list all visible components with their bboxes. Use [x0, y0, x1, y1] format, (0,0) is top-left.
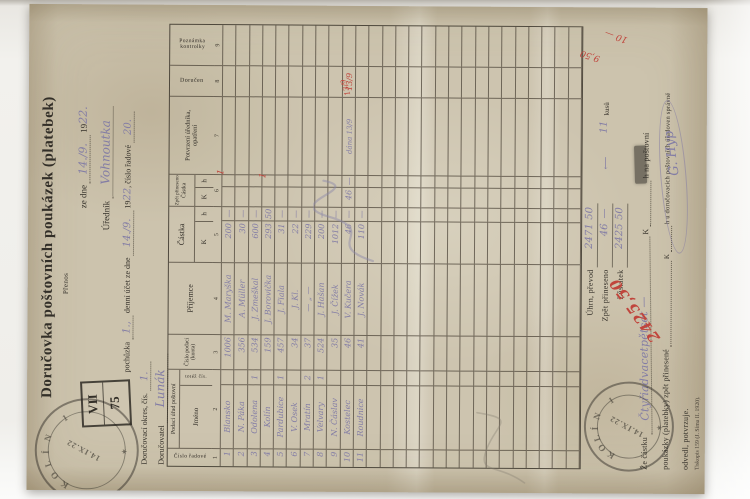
- cell-n: 11: [356, 452, 365, 462]
- cell-jmeno: N. Páka: [236, 401, 245, 432]
- totals-k: 46: [599, 223, 610, 265]
- column-number: 2: [212, 369, 221, 448]
- totals-label: Úhrn, převod: [586, 269, 595, 315]
- cell-podaci: 37: [303, 338, 312, 348]
- pencil-scribble-margin: [455, 407, 539, 490]
- official-name-handwritten: Vohnoutka: [98, 106, 114, 199]
- cell-h: —: [238, 210, 247, 218]
- cell-prijemce: V. Kučera: [344, 280, 353, 318]
- cell-prijemce: A. Müller: [237, 280, 246, 318]
- header-castka-k: K: [195, 221, 213, 262]
- cell-podaci: 35: [330, 338, 339, 348]
- cell-podaci: 534: [250, 337, 259, 352]
- cell-k: 22: [291, 224, 300, 234]
- round-account-line: pochůzka 1., denní účet ze dne 14./9. 19…: [121, 111, 134, 373]
- cell-k: 200: [224, 223, 233, 238]
- column-number: 4: [212, 262, 221, 334]
- postmark-letter: Í: [41, 450, 51, 454]
- cell-jmeno: Velvary: [316, 402, 325, 432]
- form-rotated-content: Doručovka poštovních poukázek (platebek)…: [27, 4, 708, 494]
- totals-h: 50: [614, 206, 625, 222]
- totals-k: 2425: [614, 224, 625, 266]
- header-cislo-podaci: Číslo podací (konta): [168, 334, 212, 369]
- footer-line-3: odvedl, potvrzuje.: [681, 408, 690, 470]
- official-line: Úředník Vohnoutka: [98, 106, 113, 230]
- totals-pieces: 11: [599, 121, 610, 134]
- cell-podaci: 1006: [224, 337, 233, 357]
- cell-h: 50: [264, 209, 273, 219]
- cell-prijemce: M. Maryška: [224, 274, 233, 322]
- date-line: ze dne 14./9. 1922.: [76, 106, 90, 208]
- obliterating-stamp-mark: [634, 146, 647, 184]
- red-tick-row1: 1: [216, 169, 227, 176]
- totals-pieces-label: kusů: [603, 102, 611, 115]
- column-number: 1: [212, 448, 221, 466]
- cell-totez: 1: [250, 375, 259, 380]
- column-number: 3: [212, 334, 221, 369]
- red-tick-row4: 1: [258, 172, 269, 179]
- cell-jmeno: Blansko: [223, 401, 232, 433]
- totals-h: —: [599, 205, 610, 221]
- cell-n: 1: [223, 451, 232, 456]
- cell-k: 30: [238, 223, 247, 233]
- column-number: 5: [213, 206, 222, 262]
- cell-prijemce: — „ —: [304, 287, 313, 312]
- cell-podaci: 457: [277, 337, 286, 352]
- cell-potv: dána 13/9: [346, 119, 354, 154]
- cell-jmeno: Kostelec: [343, 400, 352, 434]
- postmark-letter: N: [591, 411, 603, 420]
- header-jmeno: Jméno: [180, 385, 212, 448]
- header-zpet-k: K: [195, 187, 213, 207]
- cell-podaci: 524: [317, 338, 326, 353]
- cell-jmeno: N. Čáslav: [330, 398, 339, 436]
- cell-k: 600: [251, 223, 260, 238]
- date-handwritten: 14./9.: [76, 135, 90, 183]
- deliverer-line: Doručovatel Lunák: [153, 353, 168, 464]
- postmark-kolin-top: 14.IX.22KOLÍN 1✶: [34, 398, 139, 494]
- totals-k: 2471: [584, 223, 595, 265]
- paper-sheet: Doručovka poštovních poukázek (platebek)…: [27, 4, 708, 494]
- postmark-kolin-bottom: 14.IX.22KOLÍN 1✶: [584, 381, 675, 472]
- cell-jmeno: Pardubice: [276, 397, 285, 438]
- header-castka-group: Částka K h: [169, 206, 213, 262]
- cell-h: —: [224, 210, 233, 218]
- cell-k: 31: [278, 223, 287, 233]
- cell-h: —: [251, 210, 260, 218]
- cell-n: 8: [316, 452, 325, 457]
- table-row-empty: [566, 27, 582, 468]
- pencil-scribble-large: [313, 175, 384, 267]
- totals-h: 50: [584, 205, 595, 221]
- column-number: 9: [214, 25, 223, 65]
- cell-totez: 1: [277, 375, 286, 380]
- cell-prijemce: J. Fiala: [277, 285, 286, 313]
- header-totez: totéž čís.: [180, 370, 212, 385]
- totals-rule: [627, 204, 628, 268]
- cell-n: 3: [250, 451, 259, 456]
- postmark-letter: K: [605, 449, 616, 461]
- cell-prijemce: J. Borovička: [264, 275, 273, 323]
- totals-block: Úhrn, převod247150Zpět přineseno46—⟵11ku…: [27, 4, 30, 490]
- cell-n: 9: [329, 452, 338, 457]
- cell-podaci: 356: [237, 337, 246, 352]
- cell-prijemce: J. Novák: [357, 283, 366, 317]
- cell-k: 229: [304, 224, 313, 239]
- cell-jmeno: Odolena: [250, 400, 259, 434]
- prenos-label: Přenos: [62, 273, 70, 295]
- column-number: 8: [214, 65, 223, 96]
- cell-h: —: [278, 210, 287, 218]
- cell-podaci: 159: [264, 337, 273, 352]
- scanned-postal-form-photo: Doručovka poštovních poukázek (platebek)…: [0, 0, 750, 499]
- cell-podaci: 46: [343, 338, 352, 348]
- totals-arrow: ⟵: [601, 157, 611, 170]
- cell-prijemce: J. Hašan: [317, 282, 326, 316]
- header-podaci-urad-group: Podací úřad poštovní Jméno totéž čís.: [168, 369, 212, 448]
- signature-flourish: [654, 99, 692, 255]
- cell-n: 5: [276, 451, 285, 456]
- cell-jmeno: Roudnice: [356, 398, 365, 436]
- cell-totez: 1: [317, 375, 326, 380]
- cell-jmeno: Mratín: [303, 403, 312, 431]
- postmark-letter: K: [59, 478, 70, 490]
- cell-n: 6: [290, 452, 299, 457]
- totals-label: Zpět přineseno: [601, 269, 610, 321]
- cell-podaci: 34: [290, 338, 299, 348]
- postmark-star: ✶: [656, 425, 664, 431]
- cell-jmeno: Kolín: [263, 406, 272, 427]
- column-number: 6: [213, 174, 222, 206]
- header-castka-h: h: [195, 207, 213, 221]
- header-potvrzeni: Potvrzení úředníka, opatření: [169, 96, 213, 174]
- header-cislo-radove: Číslo řadové: [168, 448, 212, 466]
- column-number: 7: [213, 96, 222, 174]
- cell-prijemce: J. Čížek: [330, 284, 339, 314]
- cell-n: 2: [236, 451, 245, 456]
- header-prijemce: Příjemce: [168, 262, 212, 334]
- table-body: 1Blansko1006M. Maryška200—2N. Páka356A. …: [221, 25, 583, 468]
- cell-n: 4: [263, 451, 272, 456]
- cell-totez: 2: [303, 375, 312, 380]
- postmark-letter: Í: [590, 427, 600, 431]
- form-imprint: Tiskopis 159 (J. Síma II. 1920).: [695, 396, 701, 470]
- cell-n: 10: [343, 452, 352, 462]
- cell-jmeno: V. Osek: [290, 402, 299, 432]
- cell-h: —: [304, 210, 313, 218]
- header-dorucen: Doručen: [170, 65, 214, 96]
- cell-podaci: 41: [357, 338, 366, 348]
- district-line: Doručovací okres, čís. 1.: [139, 362, 151, 465]
- postmark-star: ✶: [121, 449, 129, 455]
- cell-k: 293: [264, 223, 273, 238]
- header-zpet-group: Zpět přineseno Částka K h: [169, 174, 213, 206]
- cell-h: —: [291, 210, 300, 218]
- cell-prijemce: J. Kl.: [290, 290, 299, 309]
- header-zpet-h: h: [195, 175, 213, 187]
- header-poznamka: Poznámka kontrolky: [170, 25, 214, 65]
- cell-n: 7: [303, 452, 312, 457]
- table-header-row: Číslo řadové Podací úřad poštovní Jméno …: [168, 25, 215, 466]
- cell-prijemce: J. Zmeškal: [250, 278, 259, 320]
